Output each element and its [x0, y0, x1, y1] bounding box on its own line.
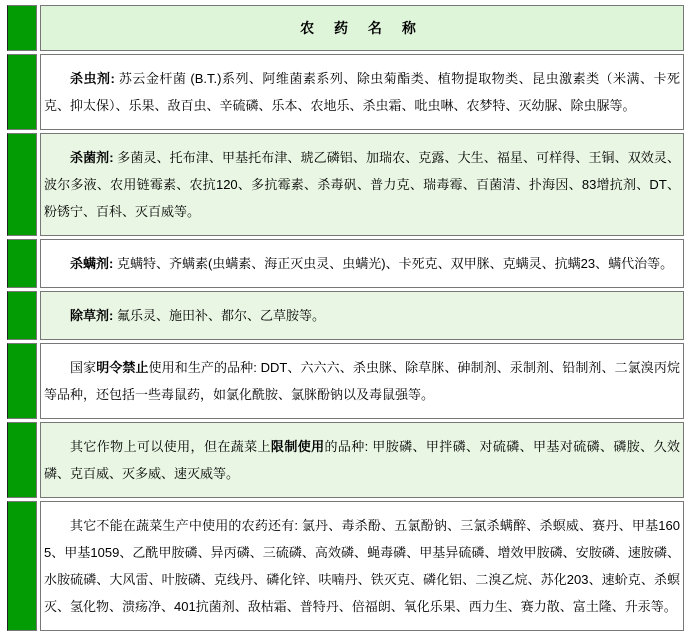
row-text-bold: 限制使用 [271, 439, 325, 454]
header-cell: 农 药 名 称 [40, 5, 684, 51]
row-text-post: 多菌灵、托布津、甲基托布津、琥乙磷铝、加瑞农、克露、大生、福星、可样得、王铜、双… [44, 150, 680, 219]
row-text-post: 苏云金杆菌 (B.T.)系列、阿维菌素系列、除虫菊酯类、植物提取物类、昆虫激素类… [44, 71, 680, 113]
row-content-cell: 国家明令禁止使用和生产的品种: DDT、六六六、杀虫脒、除草脒、砷制剂、汞制剂、… [40, 343, 684, 419]
row-marker-cell [7, 54, 37, 130]
header-row: 农 药 名 称 [7, 5, 684, 51]
table-row-insecticide: 杀虫剂: 苏云金杆菌 (B.T.)系列、阿维菌素系列、除虫菊酯类、植物提取物类、… [7, 54, 684, 130]
row-content-cell: 杀菌剂: 多菌灵、托布津、甲基托布津、琥乙磷铝、加瑞农、克露、大生、福星、可样得… [40, 133, 684, 236]
row-text: 国家明令禁止使用和生产的品种: DDT、六六六、杀虫脒、除草脒、砷制剂、汞制剂、… [44, 354, 680, 408]
header-marker-cell [7, 5, 37, 51]
row-marker-cell [7, 133, 37, 236]
row-text-post: 氟乐灵、施田补、都尔、乙草胺等。 [113, 308, 325, 323]
pesticide-table: 农 药 名 称 杀虫剂: 苏云金杆菌 (B.T.)系列、阿维菌素系列、除虫菊酯类… [4, 2, 687, 634]
row-text: 杀虫剂: 苏云金杆菌 (B.T.)系列、阿维菌素系列、除虫菊酯类、植物提取物类、… [44, 65, 680, 119]
row-marker-cell [7, 422, 37, 498]
row-text: 杀菌剂: 多菌灵、托布津、甲基托布津、琥乙磷铝、加瑞农、克露、大生、福星、可样得… [44, 144, 680, 225]
row-text: 除草剂: 氟乐灵、施田补、都尔、乙草胺等。 [44, 302, 680, 329]
row-marker-cell [7, 343, 37, 419]
row-text-bold: 杀虫剂: [70, 71, 115, 86]
table-row-acaricide: 杀螨剂: 克螨特、齐螨素(虫螨素、海正灭虫灵、虫螨光)、卡死克、双甲脒、克螨灵、… [7, 239, 684, 288]
table-header-title: 农 药 名 称 [300, 20, 424, 36]
table-row-other-prohibited: 其它不能在蔬菜生产中使用的农药还有: 氯丹、毒杀酚、五氯酚钠、三氯杀螨醉、杀螟威… [7, 501, 684, 631]
row-text: 其它不能在蔬菜生产中使用的农药还有: 氯丹、毒杀酚、五氯酚钠、三氯杀螨醉、杀螟威… [44, 512, 680, 620]
row-content-cell: 除草剂: 氟乐灵、施田补、都尔、乙草胺等。 [40, 291, 684, 340]
row-text-pre: 其它不能在蔬菜生产中使用的农药还有: 氯丹、毒杀酚、五氯酚钠、三氯杀螨醉、杀螟威… [44, 518, 680, 614]
row-text-post: 克螨特、齐螨素(虫螨素、海正灭虫灵、虫螨光)、卡死克、双甲脒、克螨灵、抗螨23、… [113, 256, 673, 271]
row-content-cell: 其它不能在蔬菜生产中使用的农药还有: 氯丹、毒杀酚、五氯酚钠、三氯杀螨醉、杀螟威… [40, 501, 684, 631]
row-text-bold: 除草剂: [70, 308, 113, 323]
row-content-cell: 其它作物上可以使用，但在蔬菜上限制使用的品种: 甲胺磷、甲拌磷、对硫磷、甲基对硫… [40, 422, 684, 498]
row-marker-cell [7, 239, 37, 288]
row-content-cell: 杀螨剂: 克螨特、齐螨素(虫螨素、海正灭虫灵、虫螨光)、卡死克、双甲脒、克螨灵、… [40, 239, 684, 288]
row-text: 其它作物上可以使用，但在蔬菜上限制使用的品种: 甲胺磷、甲拌磷、对硫磷、甲基对硫… [44, 433, 680, 487]
table-row-fungicide: 杀菌剂: 多菌灵、托布津、甲基托布津、琥乙磷铝、加瑞农、克露、大生、福星、可样得… [7, 133, 684, 236]
table-row-herbicide: 除草剂: 氟乐灵、施田补、都尔、乙草胺等。 [7, 291, 684, 340]
row-marker-cell [7, 501, 37, 631]
row-text-bold: 明令禁止 [96, 360, 148, 375]
row-content-cell: 杀虫剂: 苏云金杆菌 (B.T.)系列、阿维菌素系列、除虫菊酯类、植物提取物类、… [40, 54, 684, 130]
row-text-pre: 其它作物上可以使用，但在蔬菜上 [70, 439, 271, 454]
row-text-bold: 杀螨剂: [70, 256, 113, 271]
table-row-banned: 国家明令禁止使用和生产的品种: DDT、六六六、杀虫脒、除草脒、砷制剂、汞制剂、… [7, 343, 684, 419]
row-text: 杀螨剂: 克螨特、齐螨素(虫螨素、海正灭虫灵、虫螨光)、卡死克、双甲脒、克螨灵、… [44, 250, 680, 277]
page: 农 药 名 称 杀虫剂: 苏云金杆菌 (B.T.)系列、阿维菌素系列、除虫菊酯类… [0, 0, 688, 636]
row-text-pre: 国家 [70, 360, 96, 375]
row-text-bold: 杀菌剂: [70, 150, 114, 165]
row-marker-cell [7, 291, 37, 340]
table-row-restricted: 其它作物上可以使用，但在蔬菜上限制使用的品种: 甲胺磷、甲拌磷、对硫磷、甲基对硫… [7, 422, 684, 498]
